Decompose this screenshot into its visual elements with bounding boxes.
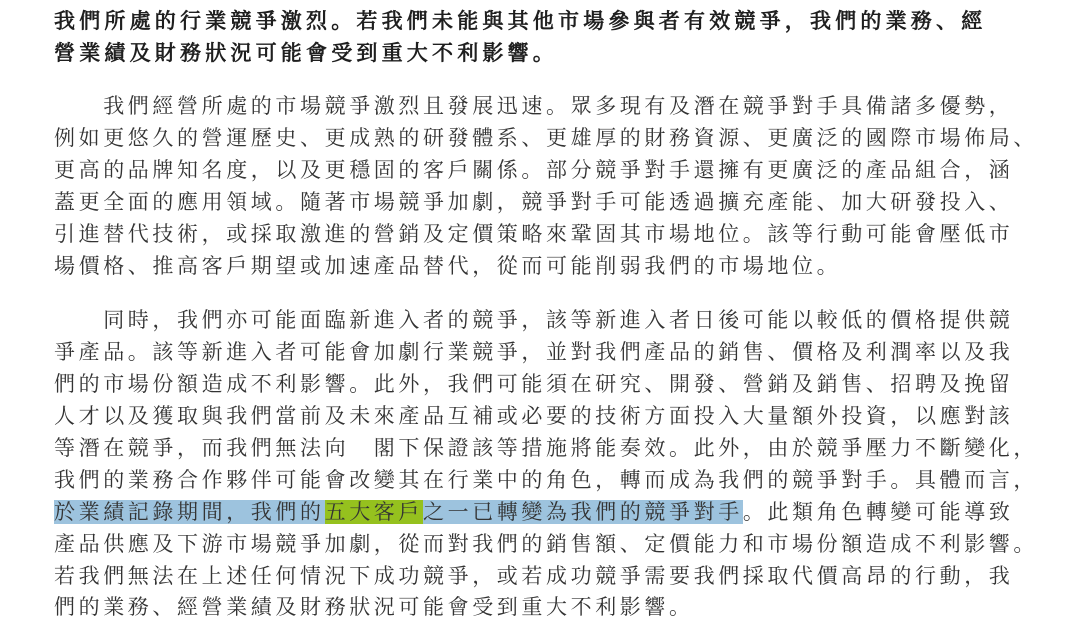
- keyword-highlight[interactable]: 五大客戶: [325, 500, 423, 524]
- paragraph-line: 引進替代技術，或採取激進的營銷及定價策略來鞏固其市場地位。該等行動可能會壓低市: [54, 219, 1013, 249]
- paragraph-line: 產品供應及下游市場競爭加劇，從而對我們的銷售額、定價能力和市場份額造成不利影響。: [54, 529, 1038, 559]
- text-selection-highlight[interactable]: 於業績記錄期間，我們的: [54, 500, 325, 524]
- paragraph-line: 我們經營所處的市場競爭激烈且發展迅速。眾多現有及潛在競爭對手具備諸多優勢，: [54, 91, 1013, 121]
- paragraph-line: 們的業務、經營業績及財務狀況可能會受到重大不利影響。: [54, 592, 694, 622]
- heading-line: 營業績及財務狀況可能會受到重大不利影響。: [54, 38, 558, 68]
- paragraph-line: 蓋更全面的應用領域。隨著市場競爭加劇，競爭對手可能透過擴充產能、加大研發投入、: [54, 187, 1013, 217]
- paragraph-line: 爭產品。該等新進入者可能會加劇行業競爭，並對我們產品的銷售、價格及利潤率以及我: [54, 337, 1013, 367]
- line-remainder: 。此類角色轉變可能導致: [743, 500, 1014, 524]
- paragraph-line: 人才以及獲取與我們當前及未來產品互補或必要的技術方面投入大量額外投資，以應對該: [54, 401, 1013, 431]
- paragraph-line: 們的市場份額造成不利影響。此外，我們可能須在研究、開發、營銷及銷售、招聘及挽留: [54, 369, 1013, 399]
- paragraph-line: 等潛在競爭，而我們無法向 閣下保證該等措施將能奏效。此外，由於競爭壓力不斷變化，: [54, 433, 1038, 463]
- paragraph-line: 例如更悠久的營運歷史、更成熟的研發體系、更雄厚的財務資源、更廣泛的國際市場佈局、: [54, 123, 1038, 153]
- paragraph-line: 若我們無法在上述任何情況下成功競爭，或若成功競爭需要我們採取代價高昂的行動，我: [54, 561, 1013, 591]
- paragraph-line: 更高的品牌知名度，以及更穩固的客戶關係。部分競爭對手還擁有更廣泛的產品組合，涵: [54, 155, 1013, 185]
- paragraph-line: 同時，我們亦可能面臨新進入者的競爭，該等新進入者日後可能以較低的價格提供競: [54, 305, 1013, 335]
- paragraph-line: 我們的業務合作夥伴可能會改變其在行業中的角色，轉而成為我們的競爭對手。具體而言，: [54, 465, 1038, 495]
- text-selection-highlight[interactable]: 之一已轉變為我們的競爭對手: [423, 500, 743, 524]
- paragraph-line: 場價格、推高客戶期望或加速產品替代，從而可能削弱我們的市場地位。: [54, 251, 841, 281]
- heading-line: 我們所處的行業競爭激烈。若我們未能與其他市場參與者有效競爭，我們的業務、經: [54, 6, 986, 36]
- highlighted-line: 於業績記錄期間，我們的五大客戶之一已轉變為我們的競爭對手。此類角色轉變可能導致: [54, 497, 1013, 527]
